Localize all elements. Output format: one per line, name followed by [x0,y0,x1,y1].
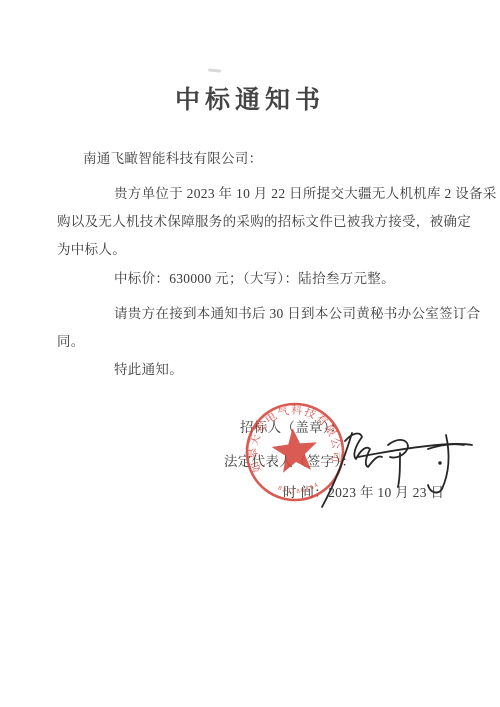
salutation: 南通飞瞰智能科技有限公司： [83,150,262,168]
document-title: 中标通知书 [0,80,500,116]
signature-stroke [398,453,400,487]
paragraph3-line2: 同。 [57,333,85,351]
paragraph1-line2: 购以及无人机技术保障服务的采购的招标文件已被我方接受，被确定 [57,213,471,231]
scan-smudge [208,68,221,72]
paragraph1-line1: 贵方单位于 2023 年 10 月 22 日所提交大疆无人机机库 2 设备采 [114,185,497,203]
paragraph1-line3: 为中标人。 [57,241,126,259]
signature-stroke [322,433,352,507]
notice-page: 中标通知书 南通飞瞰智能科技有限公司： 贵方单位于 2023 年 10 月 22… [0,0,500,707]
handwritten-signature [298,413,488,518]
closing-line: 特此通知。 [114,361,183,379]
paragraph3-line1: 请贵方在接到本通知书后 30 日到本公司黄秘书办公室签订合 [114,305,480,323]
signature-dot [438,461,441,464]
bid-price-line: 中标价：630000 元；（大写）：陆拾叁万元整。 [114,270,395,288]
signature-stroke [358,444,472,457]
